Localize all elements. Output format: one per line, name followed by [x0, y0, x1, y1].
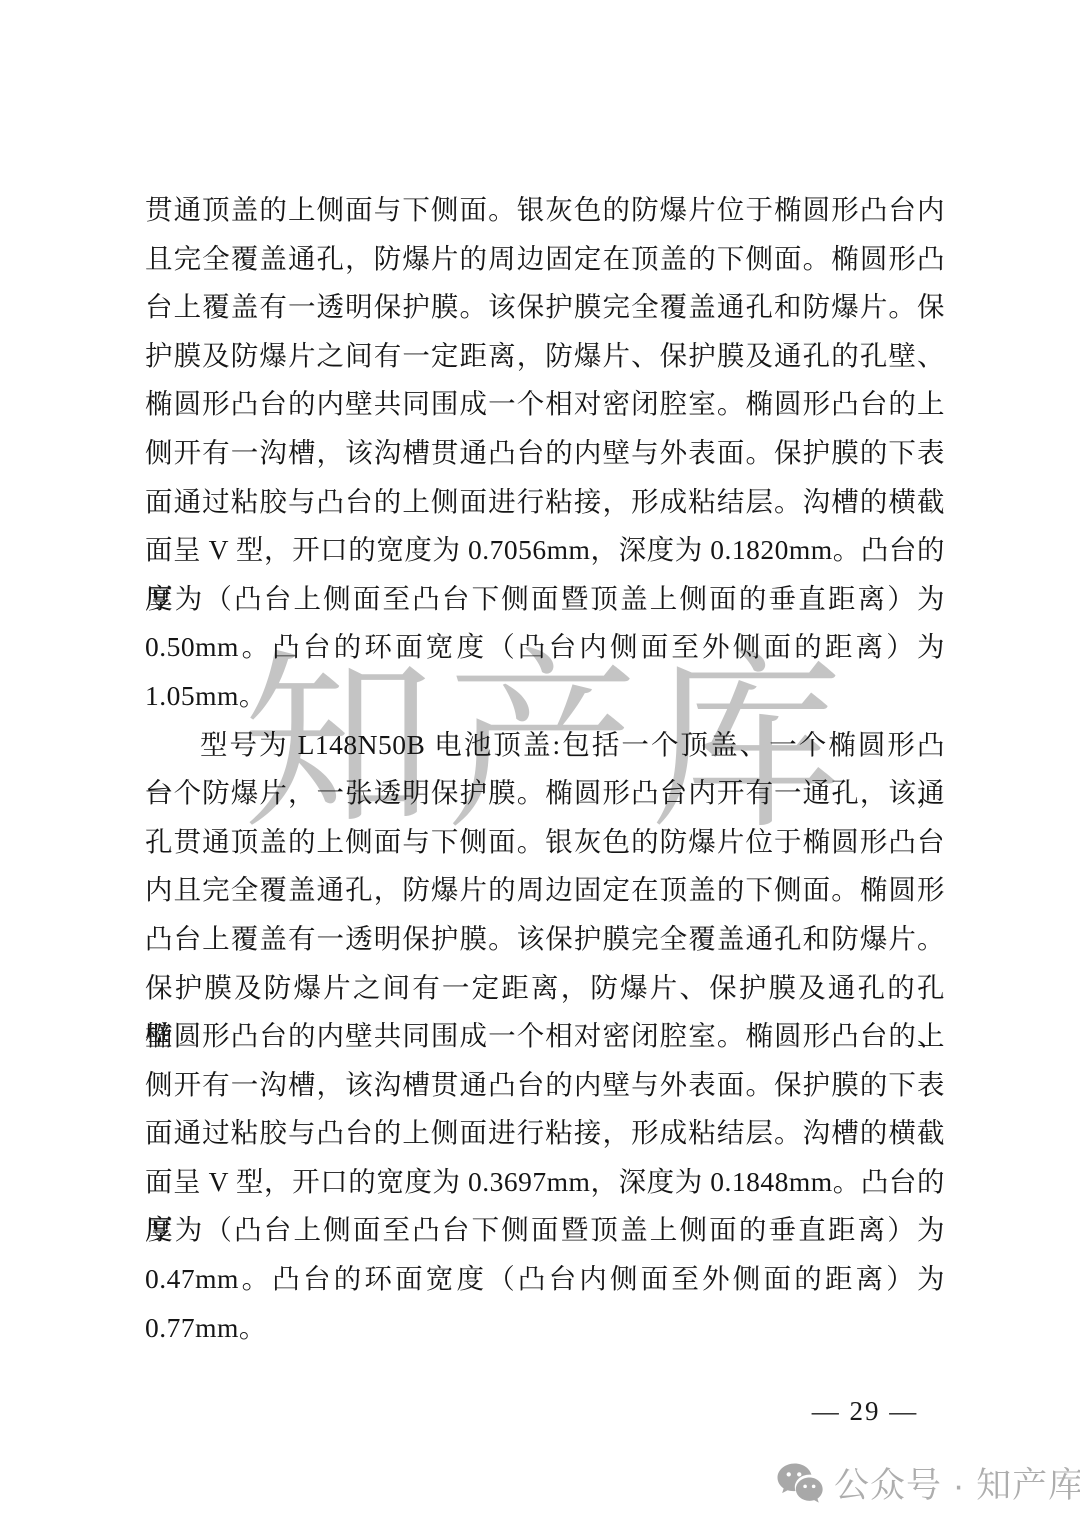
footer-label: 公众号 · 知产库 [834, 1458, 1080, 1508]
text-line: 孔贯通顶盖的上侧面与下侧面。银灰色的防爆片位于椭圆形凸台 [145, 818, 945, 867]
text-line: 台上覆盖有一透明保护膜。该保护膜完全覆盖通孔和防爆片。保 [145, 283, 945, 332]
text-line: 保护膜及防爆片之间有一定距离，防爆片、保护膜及通孔的孔壁、 [145, 964, 945, 1013]
text-line: 型号为 L148N50B 电池顶盖:包括一个顶盖、一个椭圆形凸台， [145, 721, 945, 770]
text-line: 0.77mm。 [145, 1304, 945, 1353]
text-line: 1.05mm。 [145, 672, 945, 721]
document-text-block: 贯通顶盖的上侧面与下侧面。银灰色的防爆片位于椭圆形凸台内且完全覆盖通孔，防爆片的… [145, 186, 945, 1352]
text-line: 凸台上覆盖有一透明保护膜。该保护膜完全覆盖通孔和防爆片。 [145, 915, 945, 964]
text-line: 侧开有一沟槽，该沟槽贯通凸台的内壁与外表面。保护膜的下表 [145, 429, 945, 478]
text-line: 0.47mm。凸台的环面宽度（凸台内侧面至外侧面的距离）为 [145, 1255, 945, 1304]
text-line: 度为（凸台上侧面至凸台下侧面暨顶盖上侧面的垂直距离）为 [145, 1206, 945, 1255]
text-line: 内且完全覆盖通孔，防爆片的周边固定在顶盖的下侧面。椭圆形 [145, 866, 945, 915]
text-line: 椭圆形凸台的内壁共同围成一个相对密闭腔室。椭圆形凸台的上 [145, 1012, 945, 1061]
text-line: 面呈 V 型，开口的宽度为 0.3697mm，深度为 0.1848mm。凸台的厚 [145, 1158, 945, 1207]
document-page: 知产库 贯通顶盖的上侧面与下侧面。银灰色的防爆片位于椭圆形凸台内且完全覆盖通孔，… [0, 0, 1080, 1527]
text-line: 面通过粘胶与凸台的上侧面进行粘接，形成粘结层。沟槽的横截 [145, 1109, 945, 1158]
footer: 公众号 · 知产库 [776, 1458, 1080, 1508]
text-line: 一个防爆片，一张透明保护膜。椭圆形凸台内开有一通孔，该通 [145, 769, 945, 818]
text-line: 侧开有一沟槽，该沟槽贯通凸台的内壁与外表面。保护膜的下表 [145, 1061, 945, 1110]
page-number: — 29 — [790, 1396, 940, 1427]
text-line: 且完全覆盖通孔，防爆片的周边固定在顶盖的下侧面。椭圆形凸 [145, 235, 945, 284]
text-line: 面呈 V 型，开口的宽度为 0.7056mm，深度为 0.1820mm。凸台的厚 [145, 526, 945, 575]
text-line: 0.50mm。凸台的环面宽度（凸台内侧面至外侧面的距离）为 [145, 623, 945, 672]
text-line: 护膜及防爆片之间有一定距离，防爆片、保护膜及通孔的孔壁、 [145, 332, 945, 381]
wechat-icon [776, 1462, 824, 1504]
text-line: 面通过粘胶与凸台的上侧面进行粘接，形成粘结层。沟槽的横截 [145, 478, 945, 527]
text-line: 贯通顶盖的上侧面与下侧面。银灰色的防爆片位于椭圆形凸台内 [145, 186, 945, 235]
text-line: 椭圆形凸台的内壁共同围成一个相对密闭腔室。椭圆形凸台的上 [145, 380, 945, 429]
text-line: 度为（凸台上侧面至凸台下侧面暨顶盖上侧面的垂直距离）为 [145, 575, 945, 624]
